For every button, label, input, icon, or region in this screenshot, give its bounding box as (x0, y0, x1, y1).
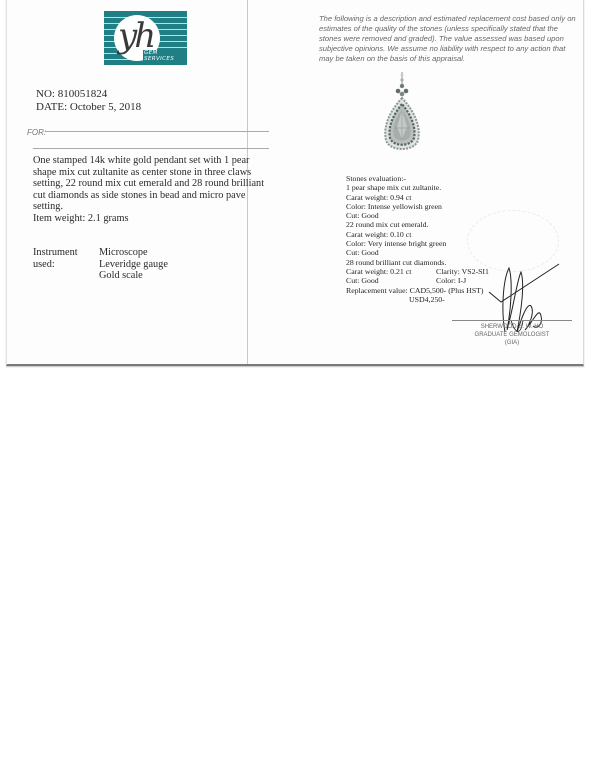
signer-name: SHERWOOD S. W. HO (462, 323, 562, 331)
for-underline (45, 131, 269, 132)
company-logo: yh GEM SERVICES (104, 11, 187, 65)
evaluation-heading: Stones evaluation:- (346, 174, 484, 183)
item-description: One stamped 14k white gold pendant set w… (33, 155, 273, 213)
evaluation-line: 28 round brilliant cut diamonds. (346, 258, 484, 267)
for-field: FOR: (27, 122, 269, 134)
number-label: NO: (36, 88, 55, 100)
date-label: DATE: (36, 101, 67, 113)
evaluation-line: Color: Intense yellowish green (346, 202, 484, 211)
evaluation-line: 1 pear shape mix cut zultanite. (346, 183, 484, 192)
stones-evaluation: Stones evaluation:- 1 pear shape mix cut… (346, 174, 484, 304)
replacement-label: Replacement value: (346, 286, 408, 295)
instrument-item: Microscope (99, 247, 168, 259)
diamond-color: Color: I-J (436, 276, 466, 285)
diamond-cut-color: Cut: Good Color: I-J (346, 276, 484, 285)
signer-block: SHERWOOD S. W. HO GRADUATE GEMOLOGIST (G… (462, 323, 562, 348)
document-date: DATE: October 5, 2018 (36, 101, 141, 114)
signer-credential: (GIA) (462, 339, 562, 347)
logo-subtitle: GEM SERVICES (143, 50, 187, 62)
document-number: NO: 810051824 (36, 88, 141, 101)
replacement-usd: USD4,250- (346, 295, 484, 304)
replacement-cad: CAD5,500- (Plus HST) (410, 286, 484, 295)
evaluation-line: Cut: Good (346, 211, 484, 220)
instrument-item: Gold scale (99, 270, 168, 282)
evaluation-line: 22 round mix cut emerald. (346, 220, 484, 229)
instruments-used: Instrument used: Microscope Leveridge ga… (33, 247, 99, 270)
instruments-list: Microscope Leveridge gauge Gold scale (99, 247, 168, 282)
signature-line (452, 320, 572, 321)
instruments-label: Instrument used: (33, 247, 99, 270)
evaluation-line: Carat weight: 0.94 ct (346, 193, 484, 202)
number-value: 810051824 (58, 88, 108, 100)
evaluation-line: Cut: Good (346, 248, 484, 257)
diamond-carat-clarity: Carat weight: 0.21 ct Clarity: VS2-SI1 (346, 267, 484, 276)
disclaimer-text: The following is a description and estim… (319, 14, 581, 64)
replacement-value: Replacement value: CAD5,500- (Plus HST) (346, 286, 484, 295)
pendant-image (377, 72, 427, 160)
diamond-clarity: Clarity: VS2-SI1 (436, 267, 489, 276)
for-label: FOR: (27, 128, 46, 137)
instrument-item: Leveridge gauge (99, 259, 168, 271)
diamond-cut: Cut: Good (346, 276, 379, 285)
evaluation-line: Carat weight: 0.10 ct (346, 230, 484, 239)
appraisal-card: yh GEM SERVICES NO: 810051824 DATE: Octo… (6, 0, 584, 366)
item-weight: Item weight: 2.1 grams (33, 213, 129, 224)
signer-title: GRADUATE GEMOLOGIST (462, 331, 562, 339)
divider (33, 148, 269, 149)
date-value: October 5, 2018 (70, 101, 141, 113)
evaluation-line: Color: Very intense bright green (346, 239, 484, 248)
document-meta: NO: 810051824 DATE: October 5, 2018 (36, 88, 141, 113)
diamond-carat: Carat weight: 0.21 ct (346, 267, 411, 276)
